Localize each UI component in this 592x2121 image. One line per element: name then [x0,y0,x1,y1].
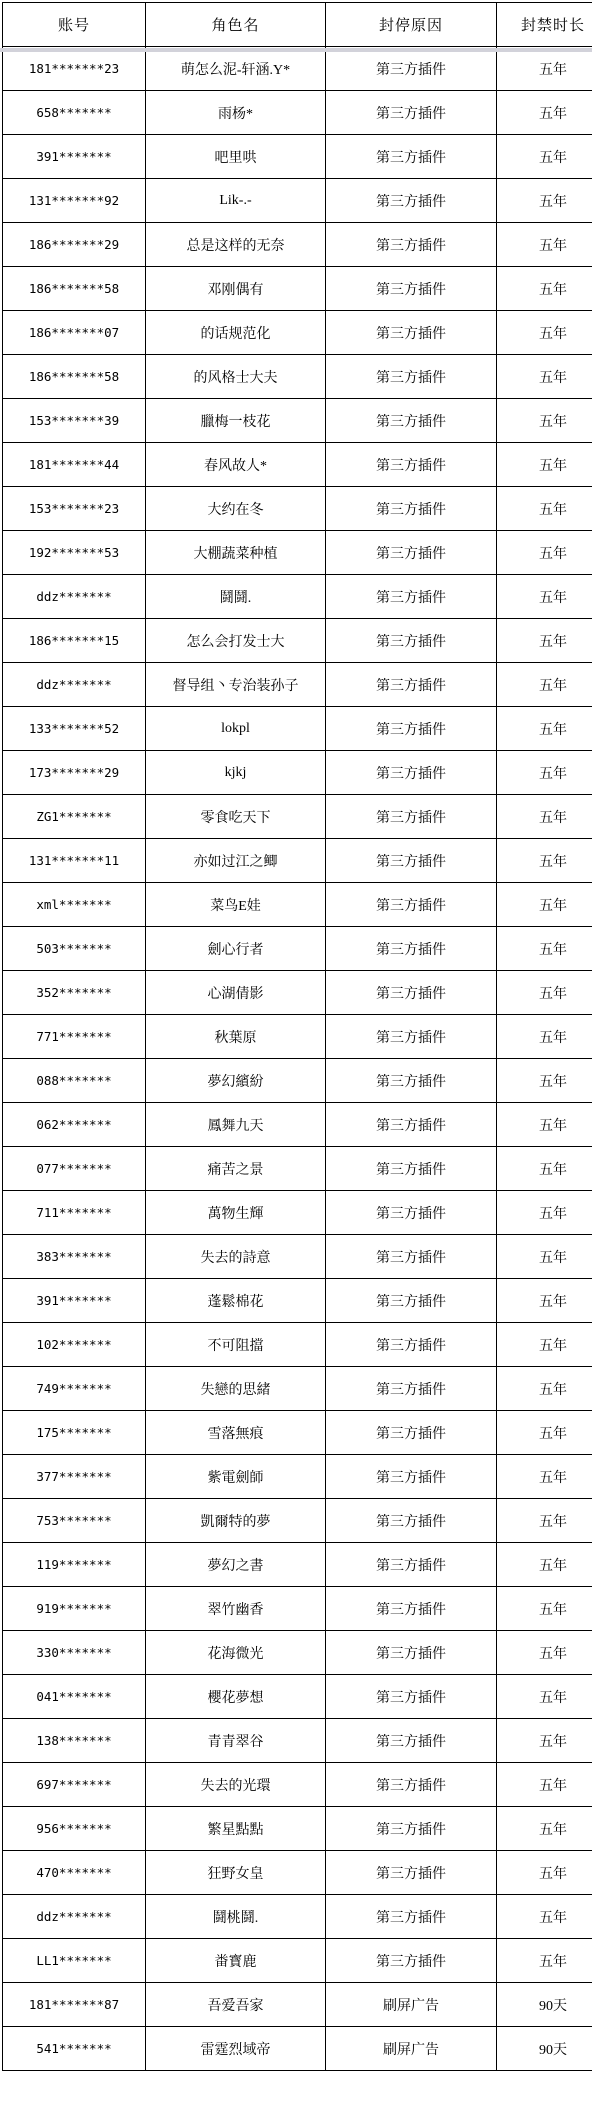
table-row: 711*******萬物生輝第三方插件五年 [3,1191,592,1235]
table-row: ddz*******鬪桃鬪.第三方插件五年 [3,1895,592,1939]
account-cell: 391******* [3,135,146,179]
name-cell: 心湖倩影 [146,971,326,1015]
name-cell: 鳳舞九天 [146,1103,326,1147]
account-cell: 186*******07 [3,311,146,355]
name-cell: 秋葉原 [146,1015,326,1059]
reason-cell: 第三方插件 [326,47,497,91]
duration-cell: 五年 [497,135,592,179]
duration-cell: 五年 [497,1763,592,1807]
account-cell: 352******* [3,971,146,1015]
ban-list-page: 账号角色名封停原因封禁时长 181*******23萌怎么泥-轩涵.Y*第三方插… [0,2,592,2121]
reason-cell: 第三方插件 [326,531,497,575]
table-row: 062*******鳳舞九天第三方插件五年 [3,1103,592,1147]
table-row: 186*******58邓刚偶有第三方插件五年 [3,267,592,311]
reason-cell: 第三方插件 [326,619,497,663]
table-row: 153*******23大约在冬第三方插件五年 [3,487,592,531]
reason-cell: 第三方插件 [326,663,497,707]
reason-cell: 第三方插件 [326,443,497,487]
reason-cell: 第三方插件 [326,223,497,267]
reason-cell: 第三方插件 [326,1675,497,1719]
name-cell: 痛苦之景 [146,1147,326,1191]
name-cell: 的话规范化 [146,311,326,355]
account-cell: 133*******52 [3,707,146,751]
account-cell: 697******* [3,1763,146,1807]
table-row: 753*******凱爾特的夢第三方插件五年 [3,1499,592,1543]
reason-cell: 第三方插件 [326,1015,497,1059]
account-cell: 186*******58 [3,355,146,399]
duration-cell: 五年 [497,399,592,443]
account-cell: 041******* [3,1675,146,1719]
table-row: 771*******秋葉原第三方插件五年 [3,1015,592,1059]
duration-cell: 五年 [497,1543,592,1587]
name-cell: 吧里哄 [146,135,326,179]
account-cell: 131*******92 [3,179,146,223]
duration-cell: 五年 [497,91,592,135]
name-cell: 大棚蔬菜种植 [146,531,326,575]
column-header-duration: 封禁时长 [497,3,592,47]
duration-cell: 五年 [497,1147,592,1191]
account-cell: 186*******29 [3,223,146,267]
table-row: 186*******29总是这样的无奈第三方插件五年 [3,223,592,267]
duration-cell: 五年 [497,1719,592,1763]
account-cell: 503******* [3,927,146,971]
reason-cell: 第三方插件 [326,487,497,531]
reason-cell: 第三方插件 [326,1895,497,1939]
table-row: 503*******劍心行者第三方插件五年 [3,927,592,971]
name-cell: kjkj [146,751,326,795]
reason-cell: 第三方插件 [326,1587,497,1631]
reason-cell: 第三方插件 [326,1807,497,1851]
table-row: 192*******53大棚蔬菜种植第三方插件五年 [3,531,592,575]
table-row: 131*******11亦如过江之鲫第三方插件五年 [3,839,592,883]
name-cell: lokpl [146,707,326,751]
duration-cell: 五年 [497,1675,592,1719]
account-cell: 749******* [3,1367,146,1411]
reason-cell: 第三方插件 [326,1939,497,1983]
reason-cell: 第三方插件 [326,1851,497,1895]
table-row: 181*******44春风故人*第三方插件五年 [3,443,592,487]
name-cell: 失戀的思緒 [146,1367,326,1411]
reason-cell: 第三方插件 [326,1235,497,1279]
name-cell: 紫電劍師 [146,1455,326,1499]
reason-cell: 第三方插件 [326,1455,497,1499]
name-cell: 总是这样的无奈 [146,223,326,267]
name-cell: 邓刚偶有 [146,267,326,311]
duration-cell: 五年 [497,487,592,531]
name-cell: 大约在冬 [146,487,326,531]
table-row: 153*******39臘梅一枝花第三方插件五年 [3,399,592,443]
duration-cell: 五年 [497,47,592,91]
reason-cell: 第三方插件 [326,1147,497,1191]
table-row: 119*******夢幻之書第三方插件五年 [3,1543,592,1587]
reason-cell: 第三方插件 [326,135,497,179]
name-cell: 櫻花夢想 [146,1675,326,1719]
duration-cell: 五年 [497,1411,592,1455]
name-cell: Lik-.- [146,179,326,223]
reason-cell: 第三方插件 [326,575,497,619]
reason-cell: 第三方插件 [326,1543,497,1587]
reason-cell: 第三方插件 [326,839,497,883]
reason-cell: 第三方插件 [326,91,497,135]
duration-cell: 五年 [497,1499,592,1543]
table-row: 186*******07的话规范化第三方插件五年 [3,311,592,355]
account-cell: 181*******44 [3,443,146,487]
table-row: 470*******狂野女皇第三方插件五年 [3,1851,592,1895]
name-cell: 凱爾特的夢 [146,1499,326,1543]
account-cell: 711******* [3,1191,146,1235]
account-cell: 377******* [3,1455,146,1499]
duration-cell: 五年 [497,1279,592,1323]
account-cell: 753******* [3,1499,146,1543]
reason-cell: 第三方插件 [326,1763,497,1807]
account-cell: ddz******* [3,663,146,707]
account-cell: 956******* [3,1807,146,1851]
table-row: ddz*******鬪鬪.第三方插件五年 [3,575,592,619]
account-cell: 186*******15 [3,619,146,663]
reason-cell: 第三方插件 [326,179,497,223]
name-cell: 鬪桃鬪. [146,1895,326,1939]
column-header-reason: 封停原因 [326,3,497,47]
account-cell: 181*******87 [3,1983,146,2027]
table-row: 175*******雪落無痕第三方插件五年 [3,1411,592,1455]
duration-cell: 五年 [497,311,592,355]
reason-cell: 第三方插件 [326,1323,497,1367]
duration-cell: 五年 [497,575,592,619]
column-header-account: 账号 [3,3,146,47]
name-cell: 狂野女皇 [146,1851,326,1895]
table-row: 658*******雨杨*第三方插件五年 [3,91,592,135]
duration-cell: 五年 [497,1015,592,1059]
name-cell: 夢幻繽紛 [146,1059,326,1103]
table-row: 697*******失去的光環第三方插件五年 [3,1763,592,1807]
table-row: 749*******失戀的思緒第三方插件五年 [3,1367,592,1411]
table-header: 账号角色名封停原因封禁时长 [3,3,592,47]
name-cell: 雪落無痕 [146,1411,326,1455]
account-cell: 131*******11 [3,839,146,883]
account-cell: xml******* [3,883,146,927]
duration-cell: 五年 [497,267,592,311]
name-cell: 青青翠谷 [146,1719,326,1763]
reason-cell: 第三方插件 [326,1631,497,1675]
reason-cell: 刷屏广告 [326,2027,497,2071]
reason-cell: 第三方插件 [326,751,497,795]
name-cell: 雨杨* [146,91,326,135]
table-row: LL1*******畨寳鹿第三方插件五年 [3,1939,592,1983]
duration-cell: 五年 [497,707,592,751]
name-cell: 花海微光 [146,1631,326,1675]
table-row: 391*******蓬鬆棉花第三方插件五年 [3,1279,592,1323]
table-row: 352*******心湖倩影第三方插件五年 [3,971,592,1015]
name-cell: 翠竹幽香 [146,1587,326,1631]
reason-cell: 第三方插件 [326,1191,497,1235]
name-cell: 菜鸟E娃 [146,883,326,927]
duration-cell: 五年 [497,1059,592,1103]
table-row: 077*******痛苦之景第三方插件五年 [3,1147,592,1191]
duration-cell: 五年 [497,179,592,223]
table-row: ZG1*******零食吃天下第三方插件五年 [3,795,592,839]
name-cell: 春风故人* [146,443,326,487]
name-cell: 夢幻之書 [146,1543,326,1587]
duration-cell: 五年 [497,531,592,575]
name-cell: 亦如过江之鲫 [146,839,326,883]
table-row: 330*******花海微光第三方插件五年 [3,1631,592,1675]
name-cell: 零食吃天下 [146,795,326,839]
table-row: 138*******青青翠谷第三方插件五年 [3,1719,592,1763]
account-cell: 186*******58 [3,267,146,311]
table-row: 383*******失去的詩意第三方插件五年 [3,1235,592,1279]
account-cell: 153*******23 [3,487,146,531]
table-row: 377*******紫電劍師第三方插件五年 [3,1455,592,1499]
table-body: 181*******23萌怎么泥-轩涵.Y*第三方插件五年658*******雨… [3,47,592,2071]
account-cell: 391******* [3,1279,146,1323]
duration-cell: 五年 [497,751,592,795]
duration-cell: 五年 [497,1235,592,1279]
account-cell: 330******* [3,1631,146,1675]
reason-cell: 刷屏广告 [326,1983,497,2027]
duration-cell: 五年 [497,223,592,267]
table-row: 173*******29kjkj第三方插件五年 [3,751,592,795]
duration-cell: 五年 [497,1455,592,1499]
reason-cell: 第三方插件 [326,311,497,355]
duration-cell: 五年 [497,1323,592,1367]
name-cell: 雷霆烈域帝 [146,2027,326,2071]
account-cell: 181*******23 [3,47,146,91]
duration-cell: 五年 [497,619,592,663]
name-cell: 吾爱吾家 [146,1983,326,2027]
reason-cell: 第三方插件 [326,971,497,1015]
table-row: 102*******不可阻擋第三方插件五年 [3,1323,592,1367]
account-cell: 173*******29 [3,751,146,795]
table-row: 919*******翠竹幽香第三方插件五年 [3,1587,592,1631]
frozen-pane-separator [0,48,592,52]
account-cell: 658******* [3,91,146,135]
duration-cell: 五年 [497,839,592,883]
duration-cell: 五年 [497,663,592,707]
duration-cell: 五年 [497,795,592,839]
ban-list-table: 账号角色名封停原因封禁时长 181*******23萌怎么泥-轩涵.Y*第三方插… [2,2,592,2071]
account-cell: 919******* [3,1587,146,1631]
account-cell: 062******* [3,1103,146,1147]
name-cell: 失去的詩意 [146,1235,326,1279]
duration-cell: 五年 [497,1103,592,1147]
duration-cell: 五年 [497,1631,592,1675]
reason-cell: 第三方插件 [326,1411,497,1455]
name-cell: 鬪鬪. [146,575,326,619]
table-row: 181*******23萌怎么泥-轩涵.Y*第三方插件五年 [3,47,592,91]
duration-cell: 五年 [497,883,592,927]
account-cell: 088******* [3,1059,146,1103]
duration-cell: 五年 [497,1587,592,1631]
account-cell: 077******* [3,1147,146,1191]
account-cell: 383******* [3,1235,146,1279]
duration-cell: 五年 [497,971,592,1015]
reason-cell: 第三方插件 [326,927,497,971]
name-cell: 畨寳鹿 [146,1939,326,1983]
reason-cell: 第三方插件 [326,267,497,311]
reason-cell: 第三方插件 [326,1499,497,1543]
table-row: 391*******吧里哄第三方插件五年 [3,135,592,179]
reason-cell: 第三方插件 [326,1719,497,1763]
name-cell: 督导组丶专治装孙子 [146,663,326,707]
reason-cell: 第三方插件 [326,399,497,443]
name-cell: 不可阻擋 [146,1323,326,1367]
duration-cell: 五年 [497,355,592,399]
duration-cell: 五年 [497,1367,592,1411]
account-cell: LL1******* [3,1939,146,1983]
name-cell: 失去的光環 [146,1763,326,1807]
account-cell: 138******* [3,1719,146,1763]
header-row: 账号角色名封停原因封禁时长 [3,3,592,47]
duration-cell: 五年 [497,1851,592,1895]
reason-cell: 第三方插件 [326,1059,497,1103]
reason-cell: 第三方插件 [326,1279,497,1323]
name-cell: 的风格士大夫 [146,355,326,399]
name-cell: 臘梅一枝花 [146,399,326,443]
table-row: 088*******夢幻繽紛第三方插件五年 [3,1059,592,1103]
account-cell: 119******* [3,1543,146,1587]
table-row: 131*******92Lik-.-第三方插件五年 [3,179,592,223]
duration-cell: 五年 [497,1895,592,1939]
reason-cell: 第三方插件 [326,1103,497,1147]
account-cell: ZG1******* [3,795,146,839]
account-cell: ddz******* [3,1895,146,1939]
table-row: 956*******繁星點點第三方插件五年 [3,1807,592,1851]
name-cell: 怎么会打发士大 [146,619,326,663]
reason-cell: 第三方插件 [326,1367,497,1411]
duration-cell: 五年 [497,927,592,971]
name-cell: 萬物生輝 [146,1191,326,1235]
table-row: 186*******58的风格士大夫第三方插件五年 [3,355,592,399]
reason-cell: 第三方插件 [326,795,497,839]
duration-cell: 五年 [497,1939,592,1983]
reason-cell: 第三方插件 [326,355,497,399]
table-row: 186*******15怎么会打发士大第三方插件五年 [3,619,592,663]
duration-cell: 五年 [497,1807,592,1851]
account-cell: 771******* [3,1015,146,1059]
account-cell: 541******* [3,2027,146,2071]
duration-cell: 90天 [497,2027,592,2071]
account-cell: ddz******* [3,575,146,619]
account-cell: 175******* [3,1411,146,1455]
name-cell: 蓬鬆棉花 [146,1279,326,1323]
table-row: 181*******87吾爱吾家刷屏广告90天 [3,1983,592,2027]
name-cell: 萌怎么泥-轩涵.Y* [146,47,326,91]
table-row: 133*******52lokpl第三方插件五年 [3,707,592,751]
account-cell: 102******* [3,1323,146,1367]
table-row: xml*******菜鸟E娃第三方插件五年 [3,883,592,927]
name-cell: 繁星點點 [146,1807,326,1851]
account-cell: 192*******53 [3,531,146,575]
column-header-name: 角色名 [146,3,326,47]
account-cell: 153*******39 [3,399,146,443]
duration-cell: 五年 [497,443,592,487]
name-cell: 劍心行者 [146,927,326,971]
account-cell: 470******* [3,1851,146,1895]
table-row: 041*******櫻花夢想第三方插件五年 [3,1675,592,1719]
table-row: ddz*******督导组丶专治装孙子第三方插件五年 [3,663,592,707]
table-row: 541*******雷霆烈域帝刷屏广告90天 [3,2027,592,2071]
reason-cell: 第三方插件 [326,707,497,751]
duration-cell: 90天 [497,1983,592,2027]
duration-cell: 五年 [497,1191,592,1235]
reason-cell: 第三方插件 [326,883,497,927]
